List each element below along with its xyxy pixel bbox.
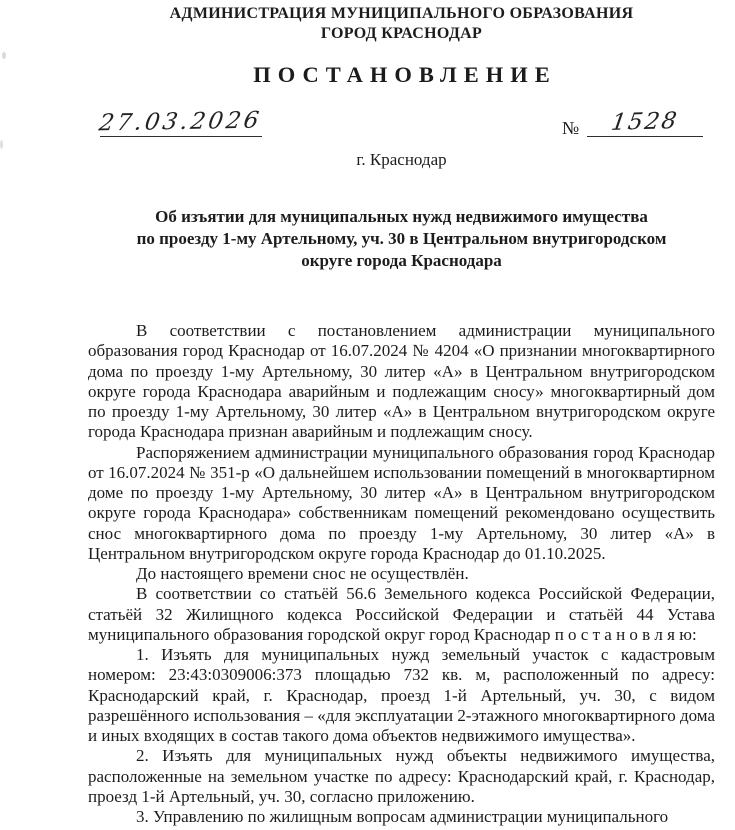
body-paragraph: До настоящего времени снос не осуществлё… [88,564,715,584]
date-number-row: 27.03.2026 № 1528 [88,103,715,137]
place-line: г. Краснодар [88,149,715,170]
scan-artifact [2,52,6,59]
body-text: В соответствии с постановлением админист… [88,321,715,827]
subject-title-line: округе города Краснодара [88,250,715,272]
date-field: 27.03.2026 [100,104,262,137]
document-content: АДМИНИСТРАЦИЯ МУНИЦИПАЛЬНОГО ОБРАЗОВАНИЯ… [88,0,715,830]
document-page: АДМИНИСТРАЦИЯ МУНИЦИПАЛЬНОГО ОБРАЗОВАНИЯ… [0,0,735,830]
org-name-line1: АДМИНИСТРАЦИЯ МУНИЦИПАЛЬНОГО ОБРАЗОВАНИЯ [88,4,715,24]
letterhead: АДМИНИСТРАЦИЯ МУНИЦИПАЛЬНОГО ОБРАЗОВАНИЯ… [88,4,715,43]
org-name-line2: ГОРОД КРАСНОДАР [88,24,715,44]
number-field: № 1528 [562,105,703,137]
scan-artifact [0,140,3,149]
subject-title-line: Об изъятии для муниципальных нужд недвиж… [88,206,715,228]
number-underline: 1528 [587,104,703,137]
handwritten-date: 27.03.2026 [97,106,264,139]
body-paragraph: В соответствии со статьёй 56.6 Земельног… [88,584,715,645]
handwritten-number: 1528 [609,106,680,138]
number-sign: № [562,118,587,138]
doc-type-heading: ПОСТАНОВЛЕНИЕ [88,61,715,88]
body-paragraph: В соответствии с постановлением админист… [88,321,715,443]
subject-title-line: по проезду 1-му Артельному, уч. 30 в Цен… [88,228,715,250]
body-paragraph: 3. Управлению по жилищным вопросам админ… [88,807,715,827]
body-paragraph: 2. Изъять для муниципальных нужд объекты… [88,746,715,807]
body-paragraph: Распоряжением администрации муниципально… [88,443,715,565]
subject-title: Об изъятии для муниципальных нужд недвиж… [88,206,715,272]
body-paragraph: 1. Изъять для муниципальных нужд земельн… [88,645,715,746]
